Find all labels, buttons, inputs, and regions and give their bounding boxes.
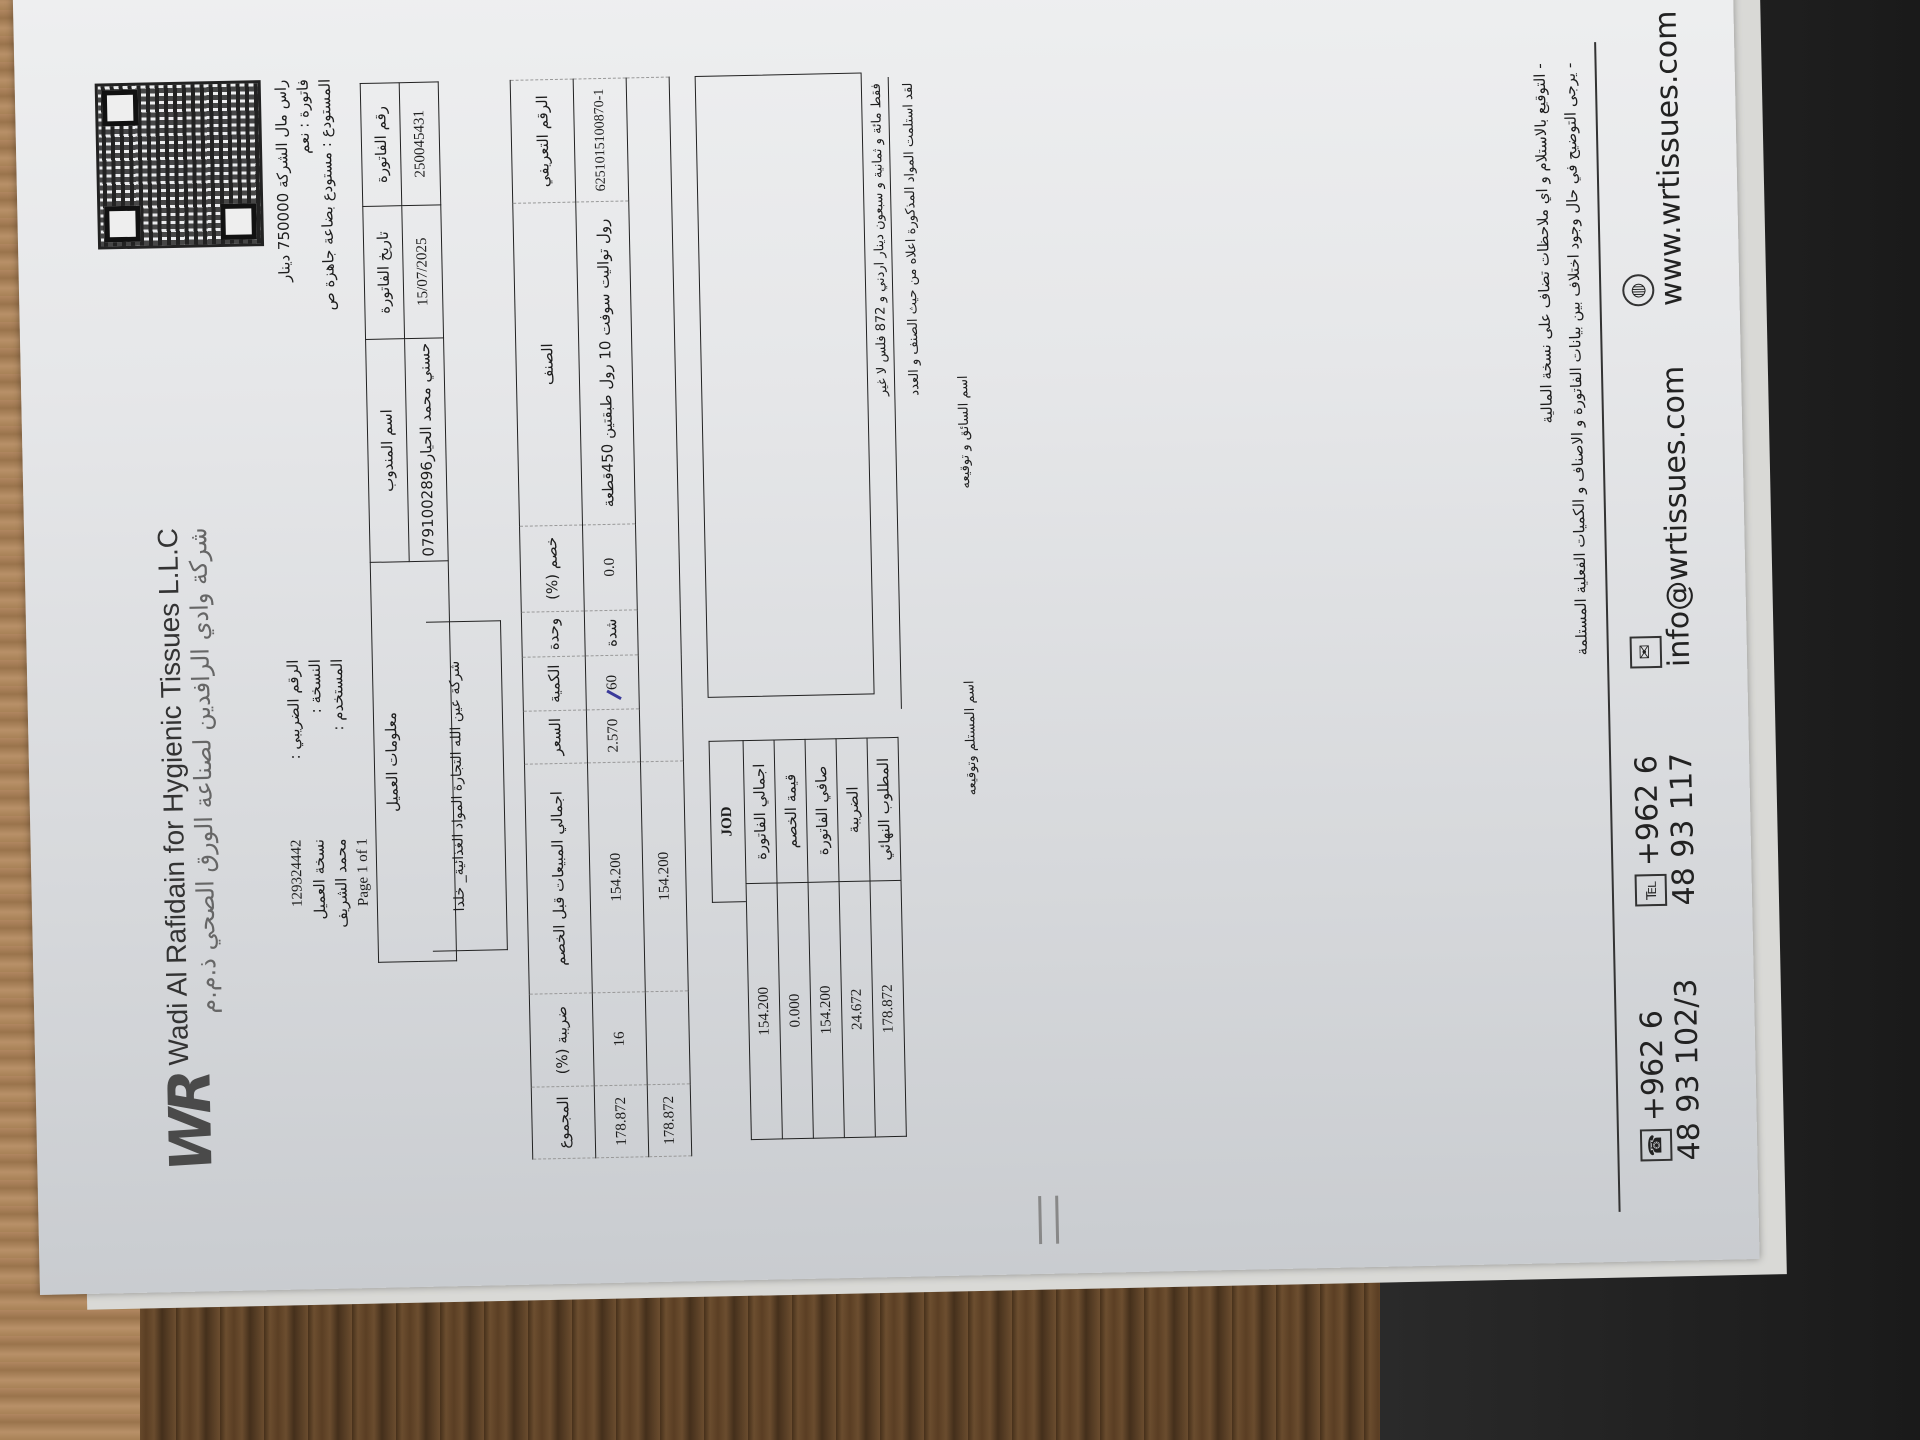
phone-contact: ☎+962 6 48 93 102/3 [1633,965,1707,1161]
company-details: راس مال الشركة 750000 دينار فاتورة : نعم… [270,79,342,360]
item-qty: 60 [585,655,639,710]
invoice-date-header: تاريخ الفاتورة [363,206,405,340]
company-logo: WR Wadi Al Rafidain for Hygienic Tissues… [144,527,225,1172]
item-total-before-discount: 154.200 [587,761,645,993]
receiver-signature-label: اسم المستلم وتوقيعه [962,680,979,795]
currency-label: JOD [709,740,746,903]
received-note: لقد استلمت المواد المذكورة اعلاه من حيث … [897,76,933,708]
notes-box [695,73,875,698]
sum-before-discount: 154.200 [640,760,688,992]
invoice-flag-value: نعم [295,132,313,154]
col-price: السعر [523,710,587,764]
contact-row: ☎+962 6 48 93 102/3 ℡+962 6 48 93 117 ✉i… [1613,10,1707,1161]
col-tax: ضريبة (%) [529,993,594,1087]
totals-box: JOD اجمالي الفاتورة 154.200 قيمة الخصم 0… [709,737,907,1141]
logo-mark-icon: WR [155,1074,225,1172]
email-icon: ✉ [1629,635,1662,668]
capital-value: 750000 دينار [274,193,294,283]
item-unit: شدة [584,609,638,656]
warehouse-value: مستودع بضاعة جاهزة ص [317,152,338,311]
total-label-invoice: اجمالي الفاتورة [743,740,777,884]
total-label-tax: الضريبة [836,738,870,882]
binder-marks [1038,1195,1073,1244]
invoice-no-value: 250045431 [399,82,441,206]
email-contact: ✉info@wrtissues.com [1621,366,1697,669]
col-unit: وحدة [521,611,585,658]
salesman-header: اسم المندوب [366,339,410,563]
salesman-value: حسني محمد الحيار0791002896 [405,338,449,562]
item-code: 6251015100870-1 [573,78,629,202]
total-label-final: المطلوب النهائي [867,737,901,881]
item-discount: 0.0 [582,524,637,611]
fax-contact: ℡+962 6 48 93 117 [1628,727,1702,907]
email-address: info@wrtissues.com [1656,366,1697,668]
col-item-name: الصنف [513,202,583,526]
item-name: رول تواليت سوفت 10 رول طبقتين 450قطعة [576,201,636,525]
total-value-final: 178.872 [870,880,906,1137]
col-qty: الكمية [522,656,586,711]
total-label-net: صافي الفاتورة [805,739,839,883]
footer-notes: - التوقيع بالاستلام و اي ملاحظات تضاف عل… [1525,62,1609,1213]
capital-label: راس مال الشركة [272,80,292,189]
invoice-flag-label: فاتورة : [294,79,313,128]
col-total: المجموع [531,1086,595,1159]
driver-signature-label: اسم السائق و توقيعه [956,375,973,488]
totals-table: اجمالي الفاتورة 154.200 قيمة الخصم 0.000… [743,737,907,1140]
phone-icon: ☎ [1639,1129,1672,1162]
item-total: 178.872 [594,1085,648,1158]
website-url: www.wrtissues.com [1648,10,1689,306]
website-contact: ◍www.wrtissues.com [1613,10,1689,307]
items-table: الرقم التعريفي الصنف خصم (%) وحدة الكمية… [510,77,693,1160]
customer-name: شركة عين الله التجارة المواد الغذائية_ خ… [426,620,508,951]
item-tax: 16 [592,992,647,1086]
invoice-paper: WR Wadi Al Rafidain for Hygienic Tissues… [13,0,1760,1295]
sum-total: 178.872 [647,1084,691,1157]
globe-icon: ◍ [1621,274,1654,307]
total-label-discount: قيمة الخصم [774,739,808,883]
item-price: 2.570 [586,709,640,763]
invoice-no-header: رقم الفاتورة [360,83,402,207]
page-indicator: Page 1 of 1 [352,838,377,998]
header-values: 129324442 نسخة العميل محمد الشريف Page 1… [286,838,377,1000]
col-item-code: الرقم التعريفي [510,79,576,203]
invoice-date-value: 15/07/2025 [402,205,444,339]
warehouse-label: المستودع : [316,79,335,148]
col-total-before-discount: اجمالي المبيعات قبل الخصم [524,762,592,994]
col-discount: خصم (%) [520,525,585,612]
fax-icon: ℡ [1634,874,1667,907]
qr-code [95,80,264,249]
user-label: المستخدم : [326,658,351,818]
header-labels: الرقم الضريبي : النسخة : المستخدم : [282,658,351,819]
